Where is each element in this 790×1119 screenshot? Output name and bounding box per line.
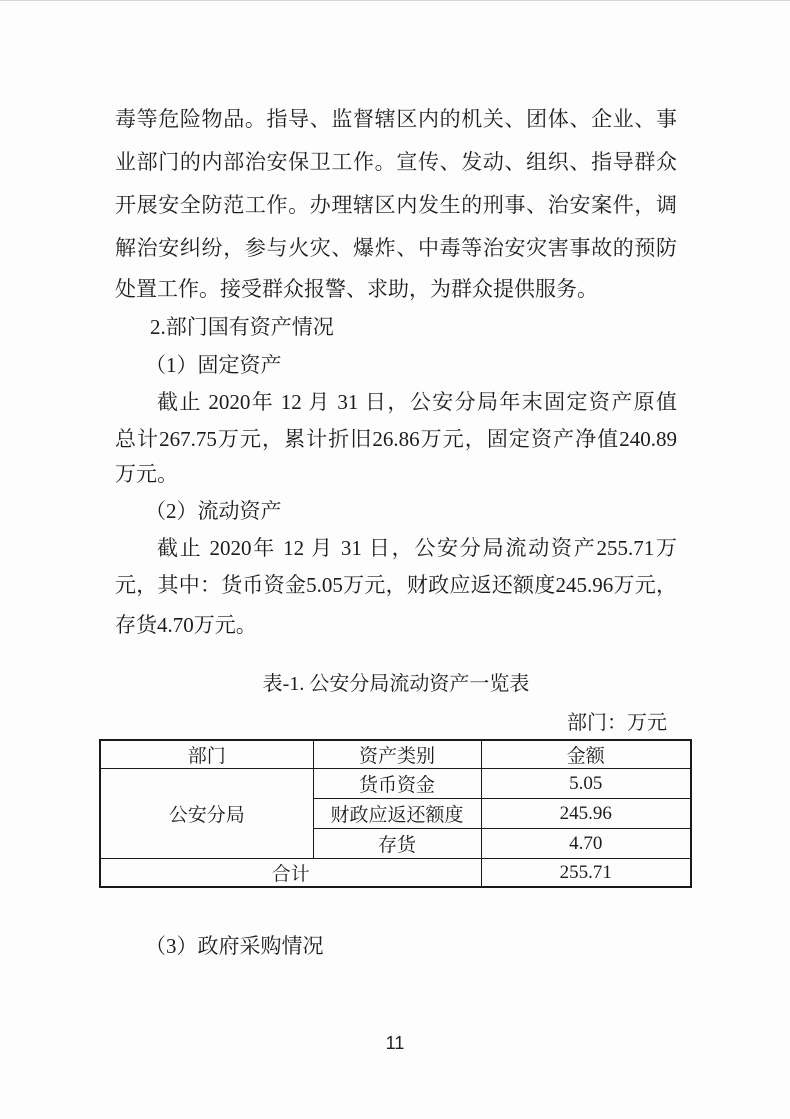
- body-line: 毒等危险物品。指导、监督辖区内的机关、团体、企业、事: [115, 104, 677, 134]
- heading-fixed-assets: （1）固定资产: [145, 350, 282, 380]
- body-line: 元，其中：货币资金5.05万元，财政应返还额度245.96万元，: [115, 570, 677, 600]
- body-line: 万元。: [115, 459, 677, 489]
- table-caption: 表-1. 公安分局流动资产一览表: [115, 669, 677, 699]
- document-page: 毒等危险物品。指导、监督辖区内的机关、团体、企业、事 业部门的内部治安保卫工作。…: [0, 0, 790, 1119]
- body-line: 存货4.70万元。: [115, 610, 677, 640]
- table-cell-category: 财政应返还额度: [313, 799, 481, 829]
- body-line: 业部门的内部治安保卫工作。宣传、发动、组织、指导群众: [115, 147, 677, 177]
- heading-state-assets: 2.部门国有资产情况: [150, 312, 334, 342]
- table-row: 公安分局 货币资金 5.05: [100, 769, 691, 799]
- body-line: 处置工作。接受群众报警、求助，为群众提供服务。: [115, 274, 677, 304]
- table-header-department: 部门: [100, 740, 313, 769]
- body-line: 截止 2020年 12 月 31 日，公安分局流动资产255.71万: [115, 533, 677, 563]
- table-header-row: 部门 资产类别 金额: [100, 740, 691, 769]
- table-cell-total-amount: 255.71: [481, 859, 691, 888]
- heading-current-assets: （2）流动资产: [145, 496, 282, 526]
- page-number: 11: [0, 1033, 790, 1054]
- table-cell-amount: 5.05: [481, 769, 691, 799]
- table-cell-total-label: 合计: [100, 859, 481, 888]
- table-cell-amount: 245.96: [481, 799, 691, 829]
- body-line: 开展安全防范工作。办理辖区内发生的刑事、治安案件，调: [115, 190, 677, 220]
- table-cell-amount: 4.70: [481, 829, 691, 859]
- table-cell-category: 货币资金: [313, 769, 481, 799]
- table-header-amount: 金额: [481, 740, 691, 769]
- table-total-row: 合计 255.71: [100, 859, 691, 888]
- table-cell-department: 公安分局: [100, 769, 313, 859]
- table-cell-category: 存货: [313, 829, 481, 859]
- body-line: 解治安纠纷，参与火灾、爆炸、中毒等治安灾害事故的预防: [115, 233, 677, 263]
- table-unit-label: 部门：万元: [115, 708, 667, 738]
- table-header-category: 资产类别: [313, 740, 481, 769]
- heading-procurement: （3）政府采购情况: [145, 931, 324, 961]
- body-line: 总计267.75万元，累计折旧26.86万元，固定资产净值240.89: [115, 424, 677, 454]
- body-line: 截止 2020年 12 月 31 日，公安分局年末固定资产原值: [115, 387, 677, 417]
- current-assets-table: 部门 资产类别 金额 公安分局 货币资金 5.05 财政应返还额度 245.96…: [99, 739, 692, 888]
